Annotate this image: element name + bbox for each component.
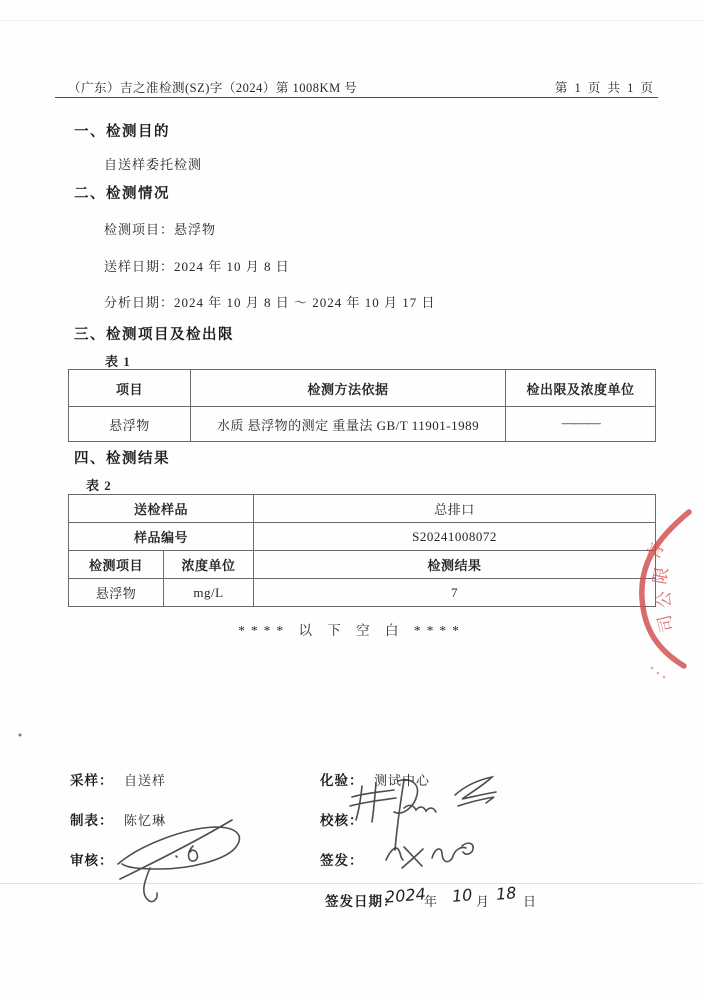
table1-header-item: 项目 [69, 370, 191, 407]
table2-cell-result: 7 [254, 579, 656, 607]
issue-date-month-handwritten: 10 [451, 885, 473, 906]
table1-methods: 项目 检测方法依据 检出限及浓度单位 悬浮物 水质 悬浮物的测定 重量法 GB/… [68, 369, 656, 442]
page-number-info: 第 1 页 共 1 页 [555, 78, 655, 96]
issue-label: 签发： [320, 849, 364, 869]
issue-date-month-unit: 月 [476, 891, 490, 910]
scan-artifact-cyan-line [0, 883, 703, 884]
table-row: 悬浮物 水质 悬浮物的测定 重量法 GB/T 11901-1989 ——— [69, 407, 656, 442]
table2-results: 送检样品 总排口 样品编号 S20241008072 检测项目 浓度单位 检测结… [68, 494, 656, 607]
issue-date-day-handwritten: 18 [495, 883, 517, 904]
table-row: 项目 检测方法依据 检出限及浓度单位 [69, 370, 656, 407]
table2-label-sample-no: 样品编号 [69, 523, 254, 551]
testing-value: 测试中心 [374, 770, 430, 789]
table1-cell-limit: ——— [506, 407, 656, 442]
table1-header-method: 检测方法依据 [191, 370, 506, 407]
seal-char: 公 [655, 591, 675, 609]
table1-header-limit: 检出限及浓度单位 [506, 370, 656, 407]
section2-title: 二、检测情况 [74, 182, 170, 203]
sampling-value: 自送样 [124, 770, 166, 789]
table2-header-unit: 浓度单位 [164, 551, 254, 579]
table2-header-result: 检测结果 [254, 551, 656, 579]
seal-speck [651, 667, 654, 670]
issue-date-year-handwritten: 2024 [384, 884, 426, 906]
review-label: 审核： [70, 849, 114, 869]
seal-speck [657, 672, 660, 675]
issue-date-year-unit: 年 [424, 891, 438, 910]
report-page: （广东）吉之准检测(SZ)字（2024）第 1008KM 号 第 1 页 共 1… [0, 0, 703, 994]
seal-speck [663, 676, 666, 679]
table2-header-item: 检测项目 [69, 551, 164, 579]
blank-below-note: **** 以 下 空 白 **** [30, 619, 673, 639]
section4-title: 四、检测结果 [74, 447, 170, 468]
scan-artifact-top-line [0, 20, 703, 21]
tabulation-value: 陈忆琳 [124, 810, 166, 829]
sampling-label: 采样： [70, 769, 114, 789]
table-row: 悬浮物 mg/L 7 [69, 579, 656, 607]
table1-cell-item: 悬浮物 [69, 407, 191, 442]
check-label: 校核： [320, 809, 364, 829]
section1-body: 自送样委托检测 [104, 154, 202, 173]
table2-cell-item: 悬浮物 [69, 579, 164, 607]
scan-speck [19, 734, 22, 737]
issue-date-day-unit: 日 [523, 891, 537, 910]
tabulation-label: 制表： [70, 809, 114, 829]
review-signature-ink [118, 820, 239, 902]
table2-caption: 表 2 [86, 475, 112, 494]
table2-value-sample: 总排口 [254, 495, 656, 523]
table2-cell-unit: mg/L [164, 579, 254, 607]
section3-title: 三、检测项目及检出限 [74, 323, 234, 344]
sample-date-line: 送样日期：2024 年 10 月 8 日 [104, 256, 290, 275]
document-number: （广东）吉之准检测(SZ)字（2024）第 1008KM 号 [68, 78, 357, 96]
issue-signature-ink [386, 843, 473, 868]
testing-label: 化验： [320, 769, 364, 789]
table-row: 送检样品 总排口 [69, 495, 656, 523]
test-item-line: 检测项目：悬浮物 [104, 219, 216, 238]
section1-title: 一、检测目的 [74, 120, 170, 141]
analysis-date-line: 分析日期：2024 年 10 月 8 日 ～ 2024 年 10 月 17 日 [104, 292, 436, 311]
header-rule [55, 97, 658, 98]
table-row: 检测项目 浓度单位 检测结果 [69, 551, 656, 579]
table2-label-sample: 送检样品 [69, 495, 254, 523]
table-row: 样品编号 S20241008072 [69, 523, 656, 551]
table1-cell-method: 水质 悬浮物的测定 重量法 GB/T 11901-1989 [191, 407, 506, 442]
table1-caption: 表 1 [105, 351, 131, 370]
table2-value-sample-no: S20241008072 [254, 523, 656, 551]
